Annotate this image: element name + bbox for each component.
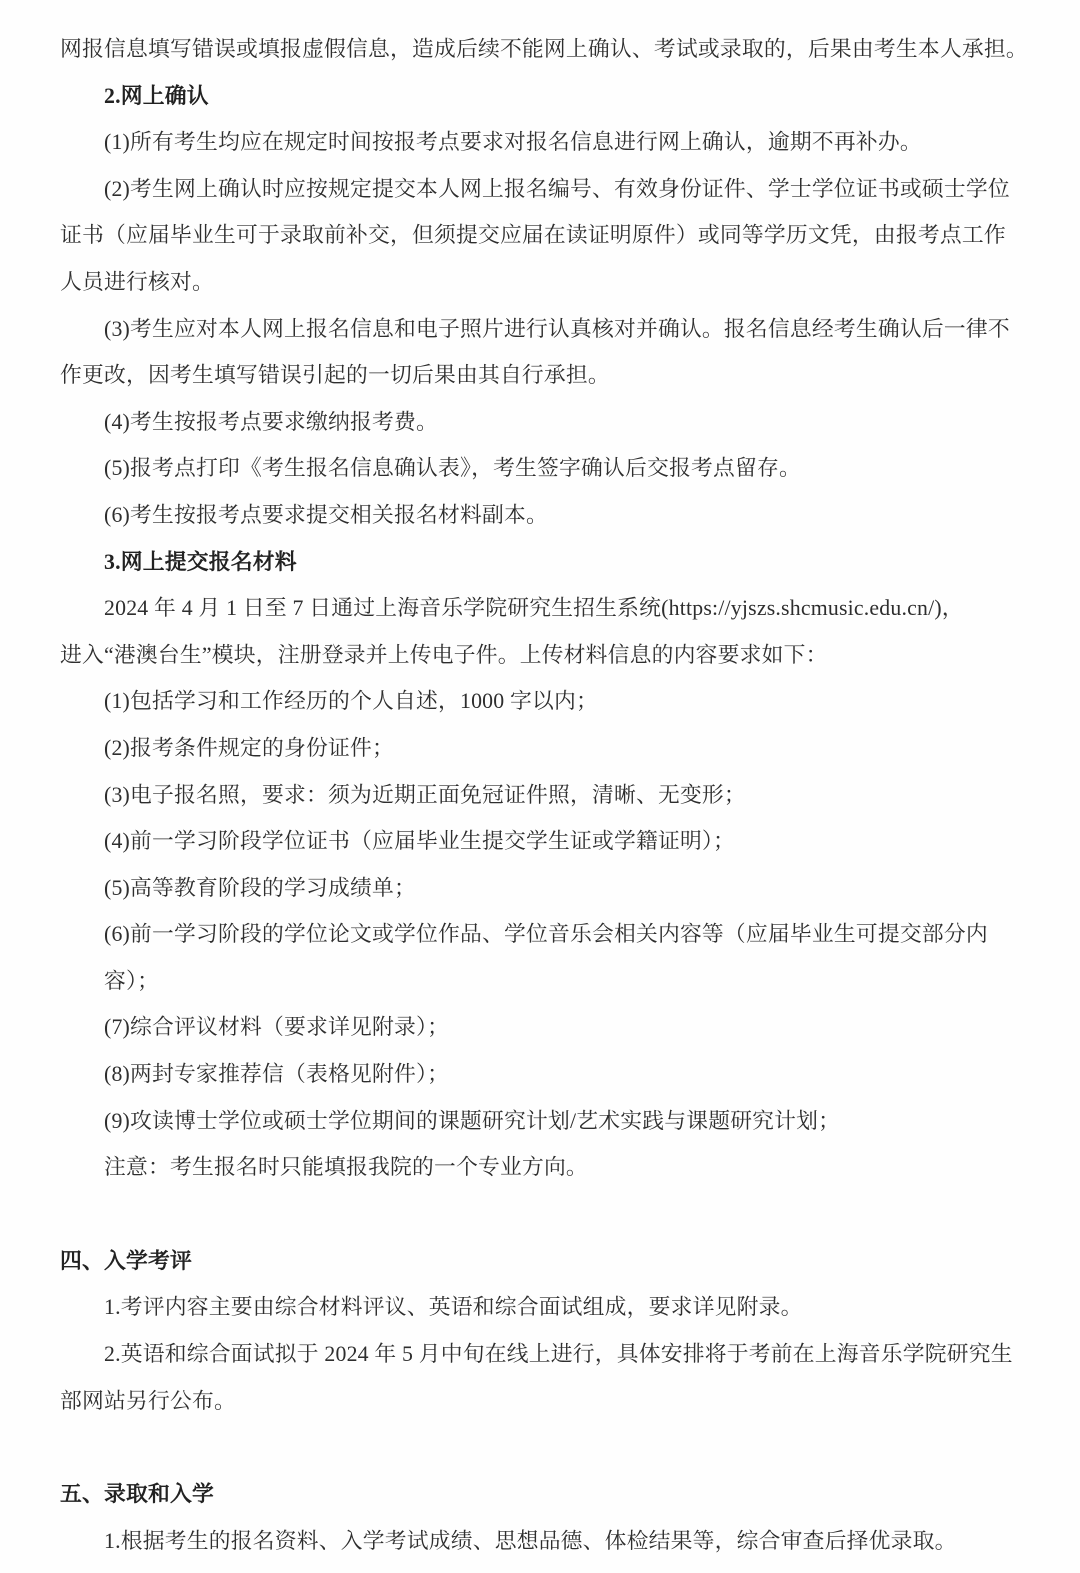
text-line: 部网站另行公布。 xyxy=(60,1378,1022,1425)
text-line: (3)电子报名照，要求：须为近期正面免冠证件照，清晰、无变形； xyxy=(60,772,1022,819)
section-heading: 2.网上确认 xyxy=(60,73,1022,120)
text-line: 人员进行核对。 xyxy=(60,259,1022,306)
text-line: (3)考生应对本人网上报名信息和电子照片进行认真核对并确认。报名信息经考生确认后… xyxy=(60,306,1022,353)
document-page: 网报信息填写错误或填报虚假信息，造成后续不能网上确认、考试或录取的，后果由考生本… xyxy=(0,0,1080,1573)
text-line: (5)报考点打印《考生报名信息确认表》，考生签字确认后交报考点留存。 xyxy=(60,445,1022,492)
section-heading: 3.网上提交报名材料 xyxy=(60,539,1022,586)
text-line: 2.英语和综合面试拟于 2024 年 5 月中旬在线上进行，具体安排将于考前在上… xyxy=(60,1331,1022,1378)
text-line: 注意：考生报名时只能填报我院的一个专业方向。 xyxy=(60,1144,1022,1191)
text-line: (4)考生按报考点要求缴纳报考费。 xyxy=(60,399,1022,446)
text-line: (7)综合评议材料（要求详见附录）； xyxy=(60,1004,1022,1051)
text-line: 1.考评内容主要由综合材料评议、英语和综合面试组成，要求详见附录。 xyxy=(60,1284,1022,1331)
text-line: (8)两封专家推荐信（表格见附件）； xyxy=(60,1051,1022,1098)
section-heading: 五、录取和入学 xyxy=(60,1471,1022,1518)
text-line: 作更改，因考生填写错误引起的一切后果由其自行承担。 xyxy=(60,352,1022,399)
text-line: (2)考生网上确认时应按规定提交本人网上报名编号、有效身份证件、学士学位证书或硕… xyxy=(60,166,1022,213)
text-line: (4)前一学习阶段学位证书（应届毕业生提交学生证或学籍证明）； xyxy=(60,818,1022,865)
text-line: (6)考生按报考点要求提交相关报名材料副本。 xyxy=(60,492,1022,539)
text-line: 网报信息填写错误或填报虚假信息，造成后续不能网上确认、考试或录取的，后果由考生本… xyxy=(60,26,1022,73)
text-line: 2024 年 4 月 1 日至 7 日通过上海音乐学院研究生招生系统(https… xyxy=(60,585,1022,632)
section-heading: 四、入学考评 xyxy=(60,1238,1022,1285)
text-line: 容）； xyxy=(60,958,1022,1005)
text-line: (1)所有考生均应在规定时间按报考点要求对报名信息进行网上确认，逾期不再补办。 xyxy=(60,119,1022,166)
text-line: (1)包括学习和工作经历的个人自述，1000 字以内； xyxy=(60,678,1022,725)
text-line: (6)前一学习阶段的学位论文或学位作品、学位音乐会相关内容等（应届毕业生可提交部… xyxy=(60,911,1022,958)
text-line: (5)高等教育阶段的学习成绩单； xyxy=(60,865,1022,912)
text-line: 1.根据考生的报名资料、入学考试成绩、思想品德、体检结果等，综合审查后择优录取。 xyxy=(60,1518,1022,1565)
document-body: 网报信息填写错误或填报虚假信息，造成后续不能网上确认、考试或录取的，后果由考生本… xyxy=(60,26,1022,1564)
text-line: (2)报考条件规定的身份证件； xyxy=(60,725,1022,772)
text-line: (9)攻读博士学位或硕士学位期间的课题研究计划/艺术实践与课题研究计划； xyxy=(60,1098,1022,1145)
text-line: 进入“港澳台生”模块，注册登录并上传电子件。上传材料信息的内容要求如下： xyxy=(60,632,1022,679)
text-line: 证书（应届毕业生可于录取前补交，但须提交应届在读证明原件）或同等学历文凭，由报考… xyxy=(60,212,1022,259)
